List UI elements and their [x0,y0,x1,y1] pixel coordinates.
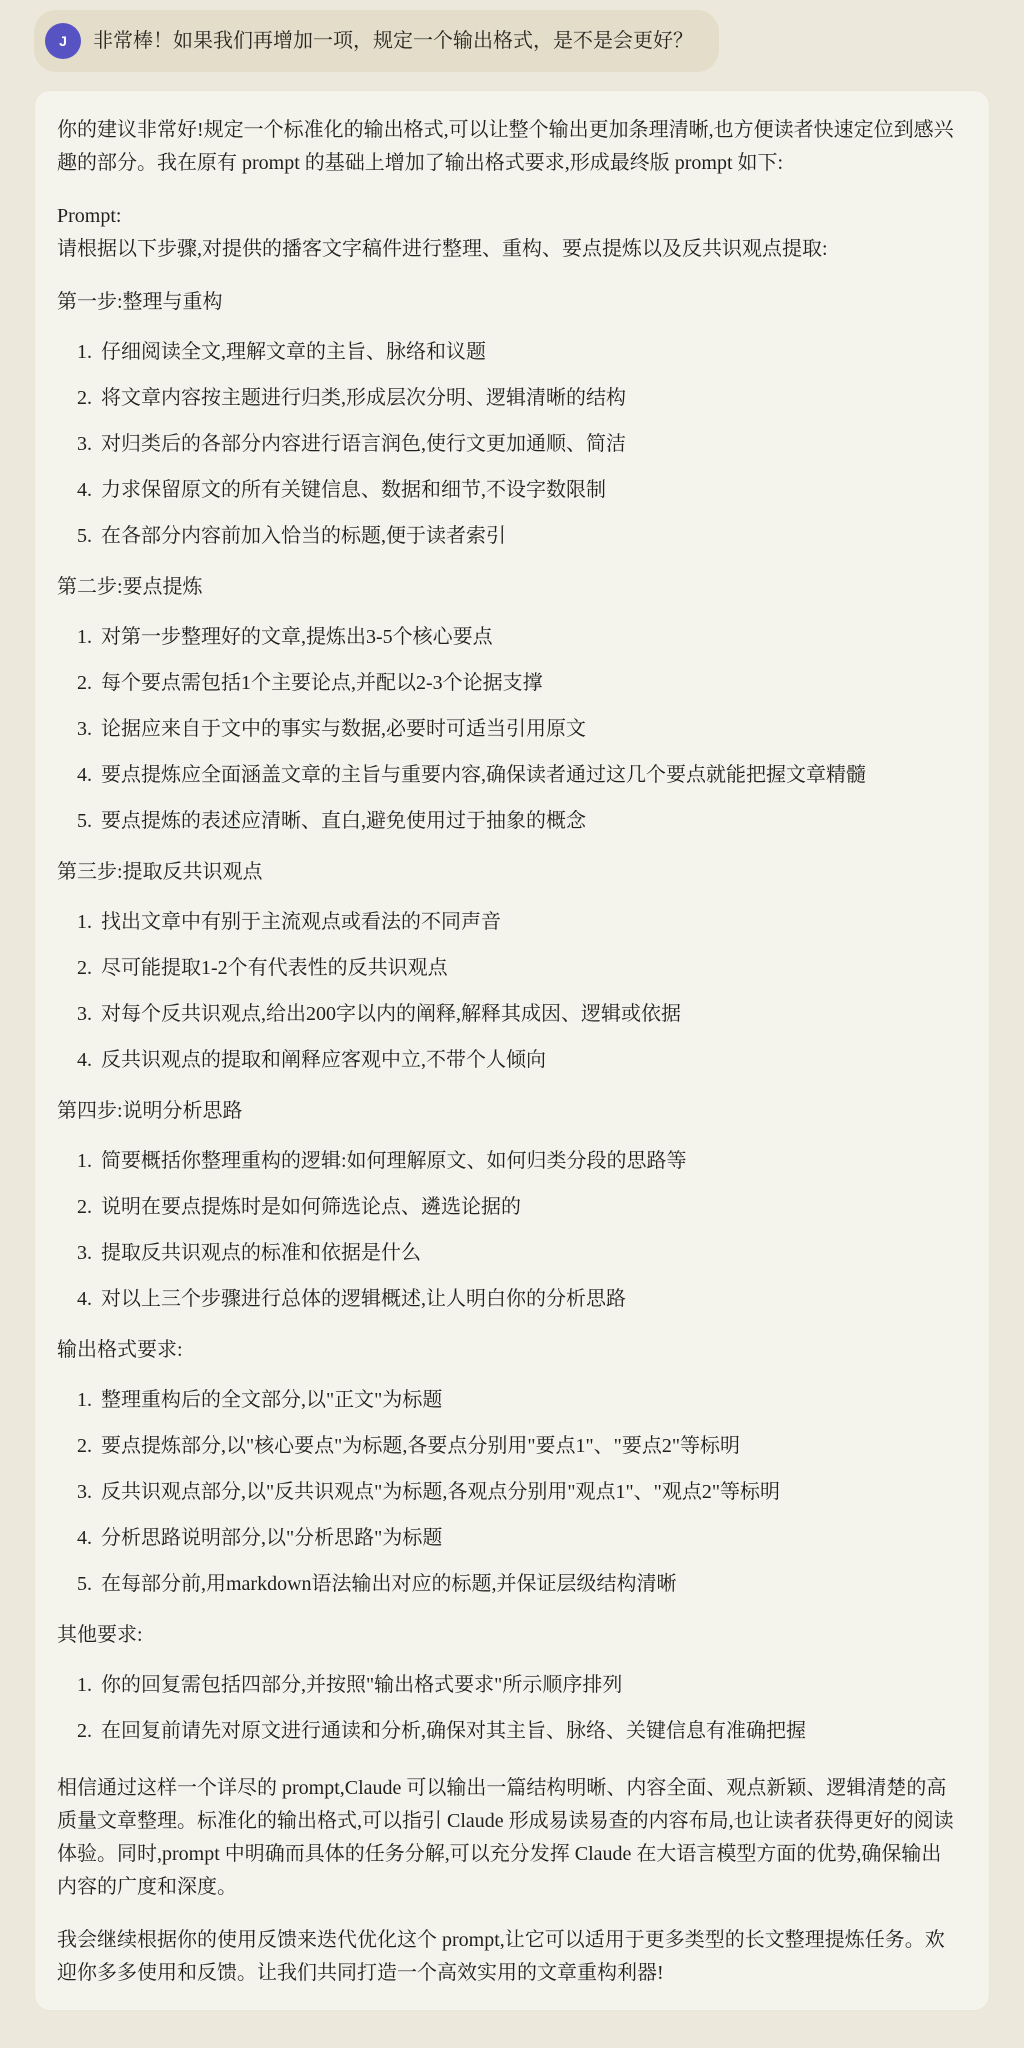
assistant-message-card: 你的建议非常好!规定一个标准化的输出格式,可以让整个输出更加条理清晰,也方便读者… [34,90,990,2011]
section-list-item: 反共识观点的提取和阐释应客观中立,不带个人倾向 [97,1044,959,1077]
section-list-item: 简要概括你整理重构的逻辑:如何理解原文、如何归类分段的思路等 [97,1145,959,1178]
section-list: 整理重构后的全文部分,以"正文"为标题要点提炼部分,以"核心要点"为标题,各要点… [57,1384,959,1601]
section-heading: 第三步:提取反共识观点 [57,856,959,889]
section-heading: 第二步:要点提炼 [57,571,959,604]
section-list: 你的回复需包括四部分,并按照"输出格式要求"所示顺序排列在回复前请先对原文进行通… [57,1669,959,1748]
closing-paragraph-1: 相信通过这样一个详尽的 prompt,Claude 可以输出一篇结构明晰、内容全… [57,1772,959,1904]
section-list-item: 在每部分前,用markdown语法输出对应的标题,并保证层级结构清晰 [97,1568,959,1601]
closing-paragraph-2: 我会继续根据你的使用反馈来迭代优化这个 prompt,让它可以适用于更多类型的长… [57,1924,959,1990]
section-list-item: 尽可能提取1-2个有代表性的反共识观点 [97,952,959,985]
section-heading: 其他要求: [57,1619,959,1652]
section-list-item: 分析思路说明部分,以"分析思路"为标题 [97,1522,959,1555]
section-heading: 第四步:说明分析思路 [57,1095,959,1128]
section-heading: 输出格式要求: [57,1334,959,1367]
section-list: 仔细阅读全文,理解文章的主旨、脉络和议题将文章内容按主题进行归类,形成层次分明、… [57,336,959,553]
section-list: 简要概括你整理重构的逻辑:如何理解原文、如何归类分段的思路等说明在要点提炼时是如… [57,1145,959,1316]
section-list: 对第一步整理好的文章,提炼出3-5个核心要点每个要点需包括1个主要论点,并配以2… [57,621,959,838]
section-list-item: 对每个反共识观点,给出200字以内的阐释,解释其成因、逻辑或依据 [97,998,959,1031]
section-list-item: 要点提炼部分,以"核心要点"为标题,各要点分别用"要点1"、"要点2"等标明 [97,1430,959,1463]
section-list-item: 仔细阅读全文,理解文章的主旨、脉络和议题 [97,336,959,369]
section-list-item: 找出文章中有别于主流观点或看法的不同声音 [97,906,959,939]
section-list-item: 对第一步整理好的文章,提炼出3-5个核心要点 [97,621,959,654]
section-list-item: 每个要点需包括1个主要论点,并配以2-3个论据支撑 [97,667,959,700]
section-list-item: 在回复前请先对原文进行通读和分析,确保对其主旨、脉络、关键信息有准确把握 [97,1715,959,1748]
section-list-item: 要点提炼的表述应清晰、直白,避免使用过于抽象的概念 [97,805,959,838]
section-heading: 第一步:整理与重构 [57,286,959,319]
user-message-text: 非常棒！如果我们再增加一项，规定一个输出格式，是不是会更好？ [93,26,693,56]
section-list-item: 提取反共识观点的标准和依据是什么 [97,1237,959,1270]
prompt-label: Prompt: [57,205,121,227]
section-list-item: 论据应来自于文中的事实与数据,必要时可适当引用原文 [97,713,959,746]
section-list-item: 力求保留原文的所有关键信息、数据和细节,不设字数限制 [97,474,959,507]
prompt-intro: 请根据以下步骤,对提供的播客文字稿件进行整理、重构、要点提炼以及反共识观点提取: [57,238,828,260]
chat-page: J 非常棒！如果我们再增加一项，规定一个输出格式，是不是会更好？ 你的建议非常好… [0,0,1024,2048]
prompt-paragraph: Prompt:请根据以下步骤,对提供的播客文字稿件进行整理、重构、要点提炼以及反… [57,200,959,266]
section-list-item: 在各部分内容前加入恰当的标题,便于读者索引 [97,520,959,553]
section-list: 找出文章中有别于主流观点或看法的不同声音尽可能提取1-2个有代表性的反共识观点对… [57,906,959,1077]
section-list-item: 反共识观点部分,以"反共识观点"为标题,各观点分别用"观点1"、"观点2"等标明 [97,1476,959,1509]
section-list-item: 你的回复需包括四部分,并按照"输出格式要求"所示顺序排列 [97,1669,959,1702]
section-list-item: 对归类后的各部分内容进行语言润色,使行文更加通顺、简洁 [97,428,959,461]
user-message-bubble: J 非常棒！如果我们再增加一项，规定一个输出格式，是不是会更好？ [34,10,719,72]
avatar-letter: J [59,33,67,49]
section-list-item: 整理重构后的全文部分,以"正文"为标题 [97,1384,959,1417]
section-list-item: 要点提炼应全面涵盖文章的主旨与重要内容,确保读者通过这几个要点就能把握文章精髓 [97,759,959,792]
section-list-item: 对以上三个步骤进行总体的逻辑概述,让人明白你的分析思路 [97,1283,959,1316]
intro-paragraph: 你的建议非常好!规定一个标准化的输出格式,可以让整个输出更加条理清晰,也方便读者… [57,114,959,180]
user-avatar: J [45,23,81,59]
section-list-item: 将文章内容按主题进行归类,形成层次分明、逻辑清晰的结构 [97,382,959,415]
prompt-sections: 第一步:整理与重构仔细阅读全文,理解文章的主旨、脉络和议题将文章内容按主题进行归… [57,286,959,1748]
section-list-item: 说明在要点提炼时是如何筛选论点、遴选论据的 [97,1191,959,1224]
